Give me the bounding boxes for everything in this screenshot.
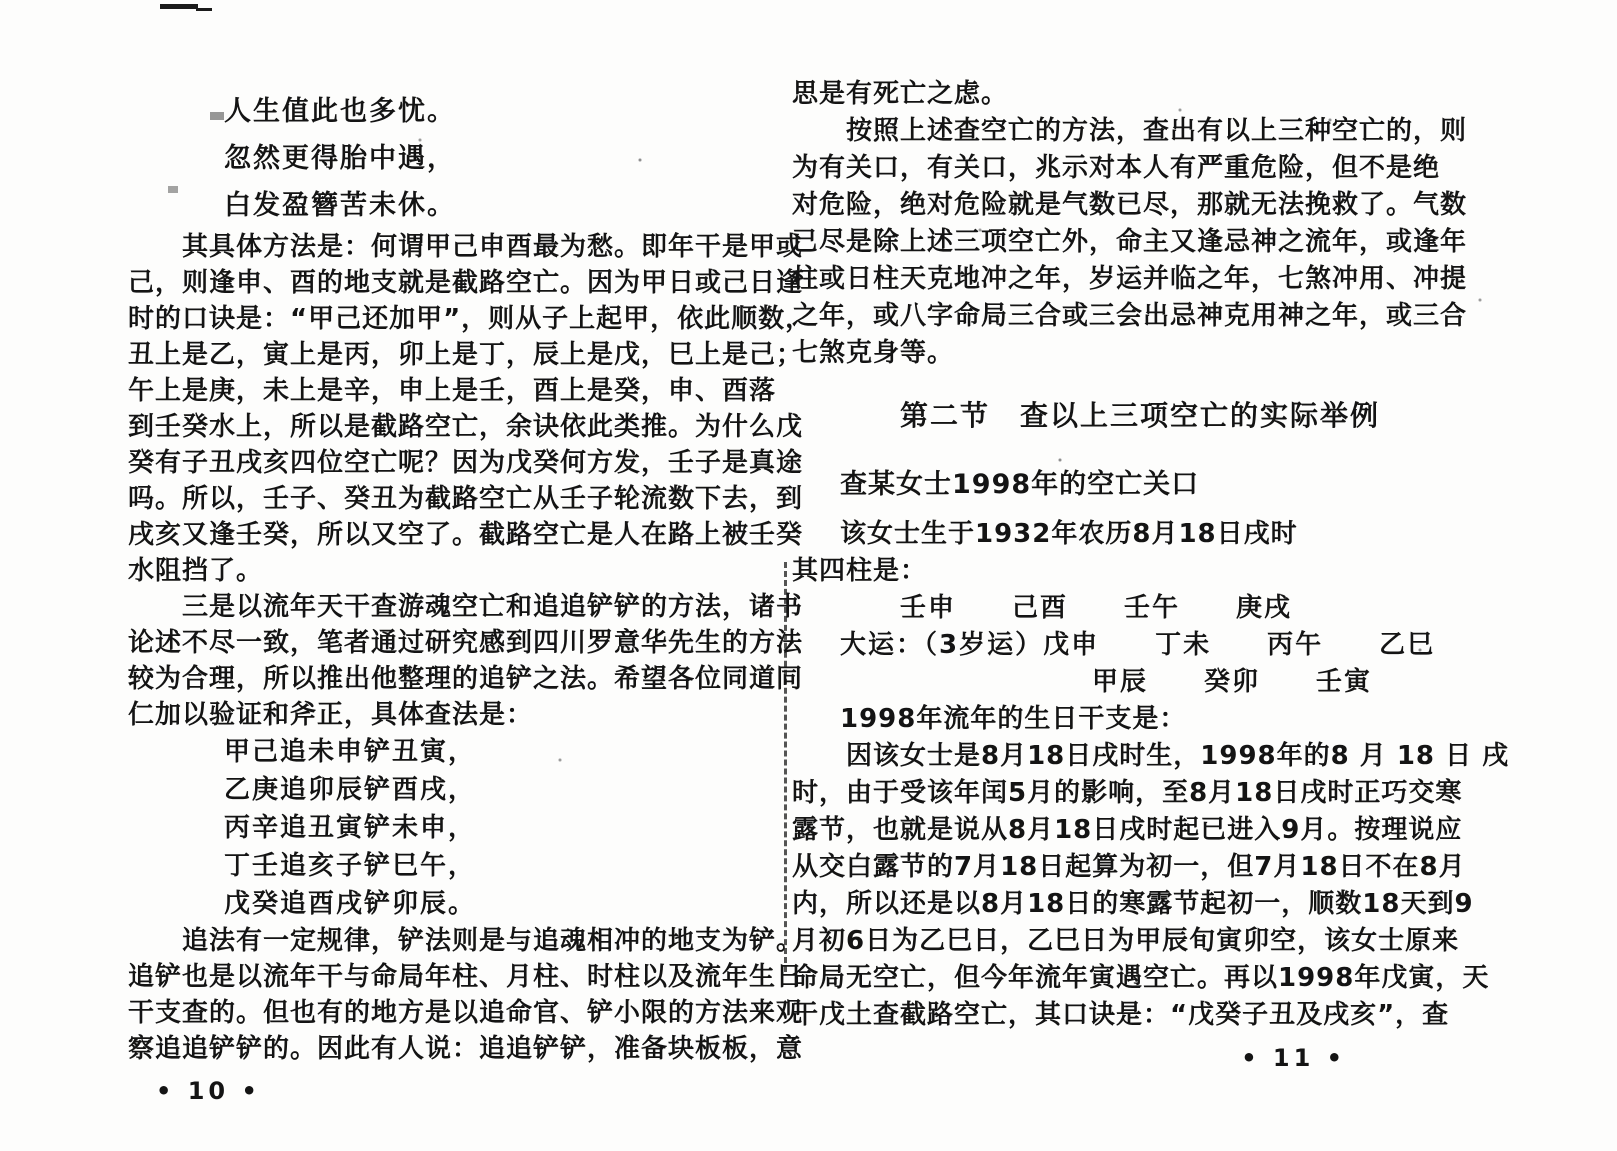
text-line: 仁加以验证和斧正，具体查法是：: [128, 697, 773, 733]
text-line: 月初6日为乙巳日，乙巳日为甲辰旬寅卯空，该女士原来: [792, 923, 1442, 960]
text-line: 对危险，绝对危险就是气数已尽，那就无法挽救了。气数: [792, 187, 1442, 224]
page-number-left: • 10 •: [128, 1077, 773, 1105]
text-line: 己，则逢申、酉的地支就是截路空亡。因为甲日或己日逢: [128, 265, 773, 301]
text-line: 人生值此也多忧。: [224, 88, 773, 135]
page-left: 人生值此也多忧。忽然更得胎中遇，白发盈簪苦未休。 其具体方法是：何谓甲己申酉最为…: [128, 88, 773, 1105]
text-line: 较为合理，所以推出他整理的追铲之法。希望各位同道同: [128, 661, 773, 697]
case-subheading: 查某女士1998年的空亡关口: [792, 468, 1442, 502]
text-line: 吗。所以，壬子、癸丑为截路空亡从壬子轮流数下去，到: [128, 481, 773, 517]
text-line: 七煞克身等。: [792, 335, 1442, 372]
text-line: 丙辛追丑寅铲未申，: [224, 809, 773, 847]
carryover-line: 思是有死亡之虑。: [792, 76, 1442, 113]
four-pillars-line: 壬申 己酉 壬午 庚戌: [792, 590, 1442, 627]
text-line: 其具体方法是：何谓甲己申酉最为愁。即年干是甲或: [128, 229, 773, 265]
text-line: 之年，或八字命局三合或三会出忌神克用神之年，或三合: [792, 298, 1442, 335]
scan-artifact-gutter-line: [784, 562, 787, 972]
dayun-line-2: 甲辰 癸卯 壬寅: [792, 664, 1442, 701]
text-line: 三是以流年天干查游魂空亡和追追铲铲的方法，诸书: [128, 589, 773, 625]
text-line: 白发盈簪苦未休。: [224, 182, 773, 229]
text-line: 露节，也就是说从8月18日戌时起已进入9月。按理说应: [792, 812, 1442, 849]
paragraph-youhun-zhuichan-method: 三是以流年天干查游魂空亡和追追铲铲的方法，诸书论述不尽一致，笔者通过研究感到四川…: [128, 589, 773, 733]
four-pillars-intro: 其四柱是：: [792, 553, 1442, 590]
text-line: 内，所以还是以8月18日的寒露节起初一，顺数18天到9: [792, 886, 1442, 923]
text-line: 按照上述查空亡的方法，查出有以上三种空亡的，则: [792, 113, 1442, 150]
text-line: 干支查的。但也有的地方是以追命官、铲小限的方法来观: [128, 995, 773, 1031]
text-line: 察追追铲铲的。因此有人说：追追铲铲，准备块板板，意: [128, 1031, 773, 1067]
text-line: 为有关口，有关口，兆示对本人有严重危险，但不是绝: [792, 150, 1442, 187]
text-line: 论述不尽一致，笔者通过研究感到四川罗意华先生的方法: [128, 625, 773, 661]
text-line: 追铲也是以流年干与命局年柱、月柱、时柱以及流年生日: [128, 959, 773, 995]
opening-verse: 人生值此也多忧。忽然更得胎中遇，白发盈簪苦未休。: [128, 88, 773, 229]
text-line: 追法有一定规律，铲法则是与追魂相冲的地支为铲。: [128, 923, 773, 959]
liunian-intro-line: 1998年流年的生日干支是：: [792, 701, 1442, 738]
text-line: 戊癸追酉戌铲卯辰。: [224, 885, 773, 923]
text-line: 命局无空亡，但今年流年寅遇空亡。再以1998年戊寅，天: [792, 960, 1442, 997]
dayun-line-1: 大运：（3岁运）戊申 丁未 丙午 乙巳: [792, 627, 1442, 664]
text-line: 已尽是除上述三项空亡外，命主又逢忌神之流年，或逢年: [792, 224, 1442, 261]
paragraph-guankou-danger: 按照上述查空亡的方法，查出有以上三种空亡的，则为有关口，有关口，兆示对本人有严重…: [792, 113, 1442, 372]
paragraph-jielu-kongwang-method: 其具体方法是：何谓甲己申酉最为愁。即年干是甲或己，则逢申、酉的地支就是截路空亡。…: [128, 229, 773, 589]
text-line: 时的口诀是：“甲己还加甲”，则从子上起甲，依此顺数，: [128, 301, 773, 337]
paragraph-zhuichan-rule: 追法有一定规律，铲法则是与追魂相冲的地支为铲。追铲也是以流年干与命局年柱、月柱、…: [128, 923, 773, 1067]
zhuichan-formula-verse: 甲己追未申铲丑寅，乙庚追卯辰铲酉戌，丙辛追丑寅铲未申，丁壬追亥子铲巳午，戊癸追酉…: [128, 733, 773, 923]
text-line: 到壬癸水上，所以是截路空亡，余诀依此类推。为什么戊: [128, 409, 773, 445]
text-line: 忽然更得胎中遇，: [224, 135, 773, 182]
text-line: 干戊土查截路空亡，其口诀是：“戊癸子丑及戌亥”，查: [792, 997, 1442, 1034]
text-line: 甲己追未申铲丑寅，: [224, 733, 773, 771]
text-line: 乙庚追卯辰铲酉戌，: [224, 771, 773, 809]
section-heading: 第二节 查以上三项空亡的实际举例: [792, 396, 1442, 436]
text-line: 时，由于受该年闰5月的影响，至8月18日戌时正巧交寒: [792, 775, 1442, 812]
text-line: 因该女士是8月18日戌时生，1998年的8 月 18 日 戌: [792, 738, 1442, 775]
text-line: 从交白露节的7月18日起算为初一，但7月18日不在8月: [792, 849, 1442, 886]
scan-artifact-dash: [196, 8, 212, 11]
text-line: 水阻挡了。: [128, 553, 773, 589]
text-line: 午上是庚，未上是辛，申上是壬，酉上是癸，申、酉落: [128, 373, 773, 409]
text-line: 丑上是乙，寅上是丙，卯上是丁，辰上是戊，巳上是己；: [128, 337, 773, 373]
text-line: 癸有子丑戌亥四位空亡呢？因为戊癸何方发，壬子是真途: [128, 445, 773, 481]
text-line: 戌亥又逢壬癸，所以又空了。截路空亡是人在路上被壬癸: [128, 517, 773, 553]
text-line: 柱或日柱天克地冲之年，岁运并临之年，七煞冲用、冲提: [792, 261, 1442, 298]
page-number-right: • 11 •: [792, 1044, 1442, 1072]
scan-artifact-dash: [160, 4, 198, 9]
birth-info-line: 该女士生于1932年农历8月18日戌时: [792, 516, 1442, 553]
page-right: 思是有死亡之虑。 按照上述查空亡的方法，查出有以上三种空亡的，则为有关口，有关口…: [792, 76, 1442, 1072]
paragraph-1998-analysis: 因该女士是8月18日戌时生，1998年的8 月 18 日 戌时，由于受该年闰5月…: [792, 738, 1442, 1034]
text-line: 丁壬追亥子铲巳午，: [224, 847, 773, 885]
